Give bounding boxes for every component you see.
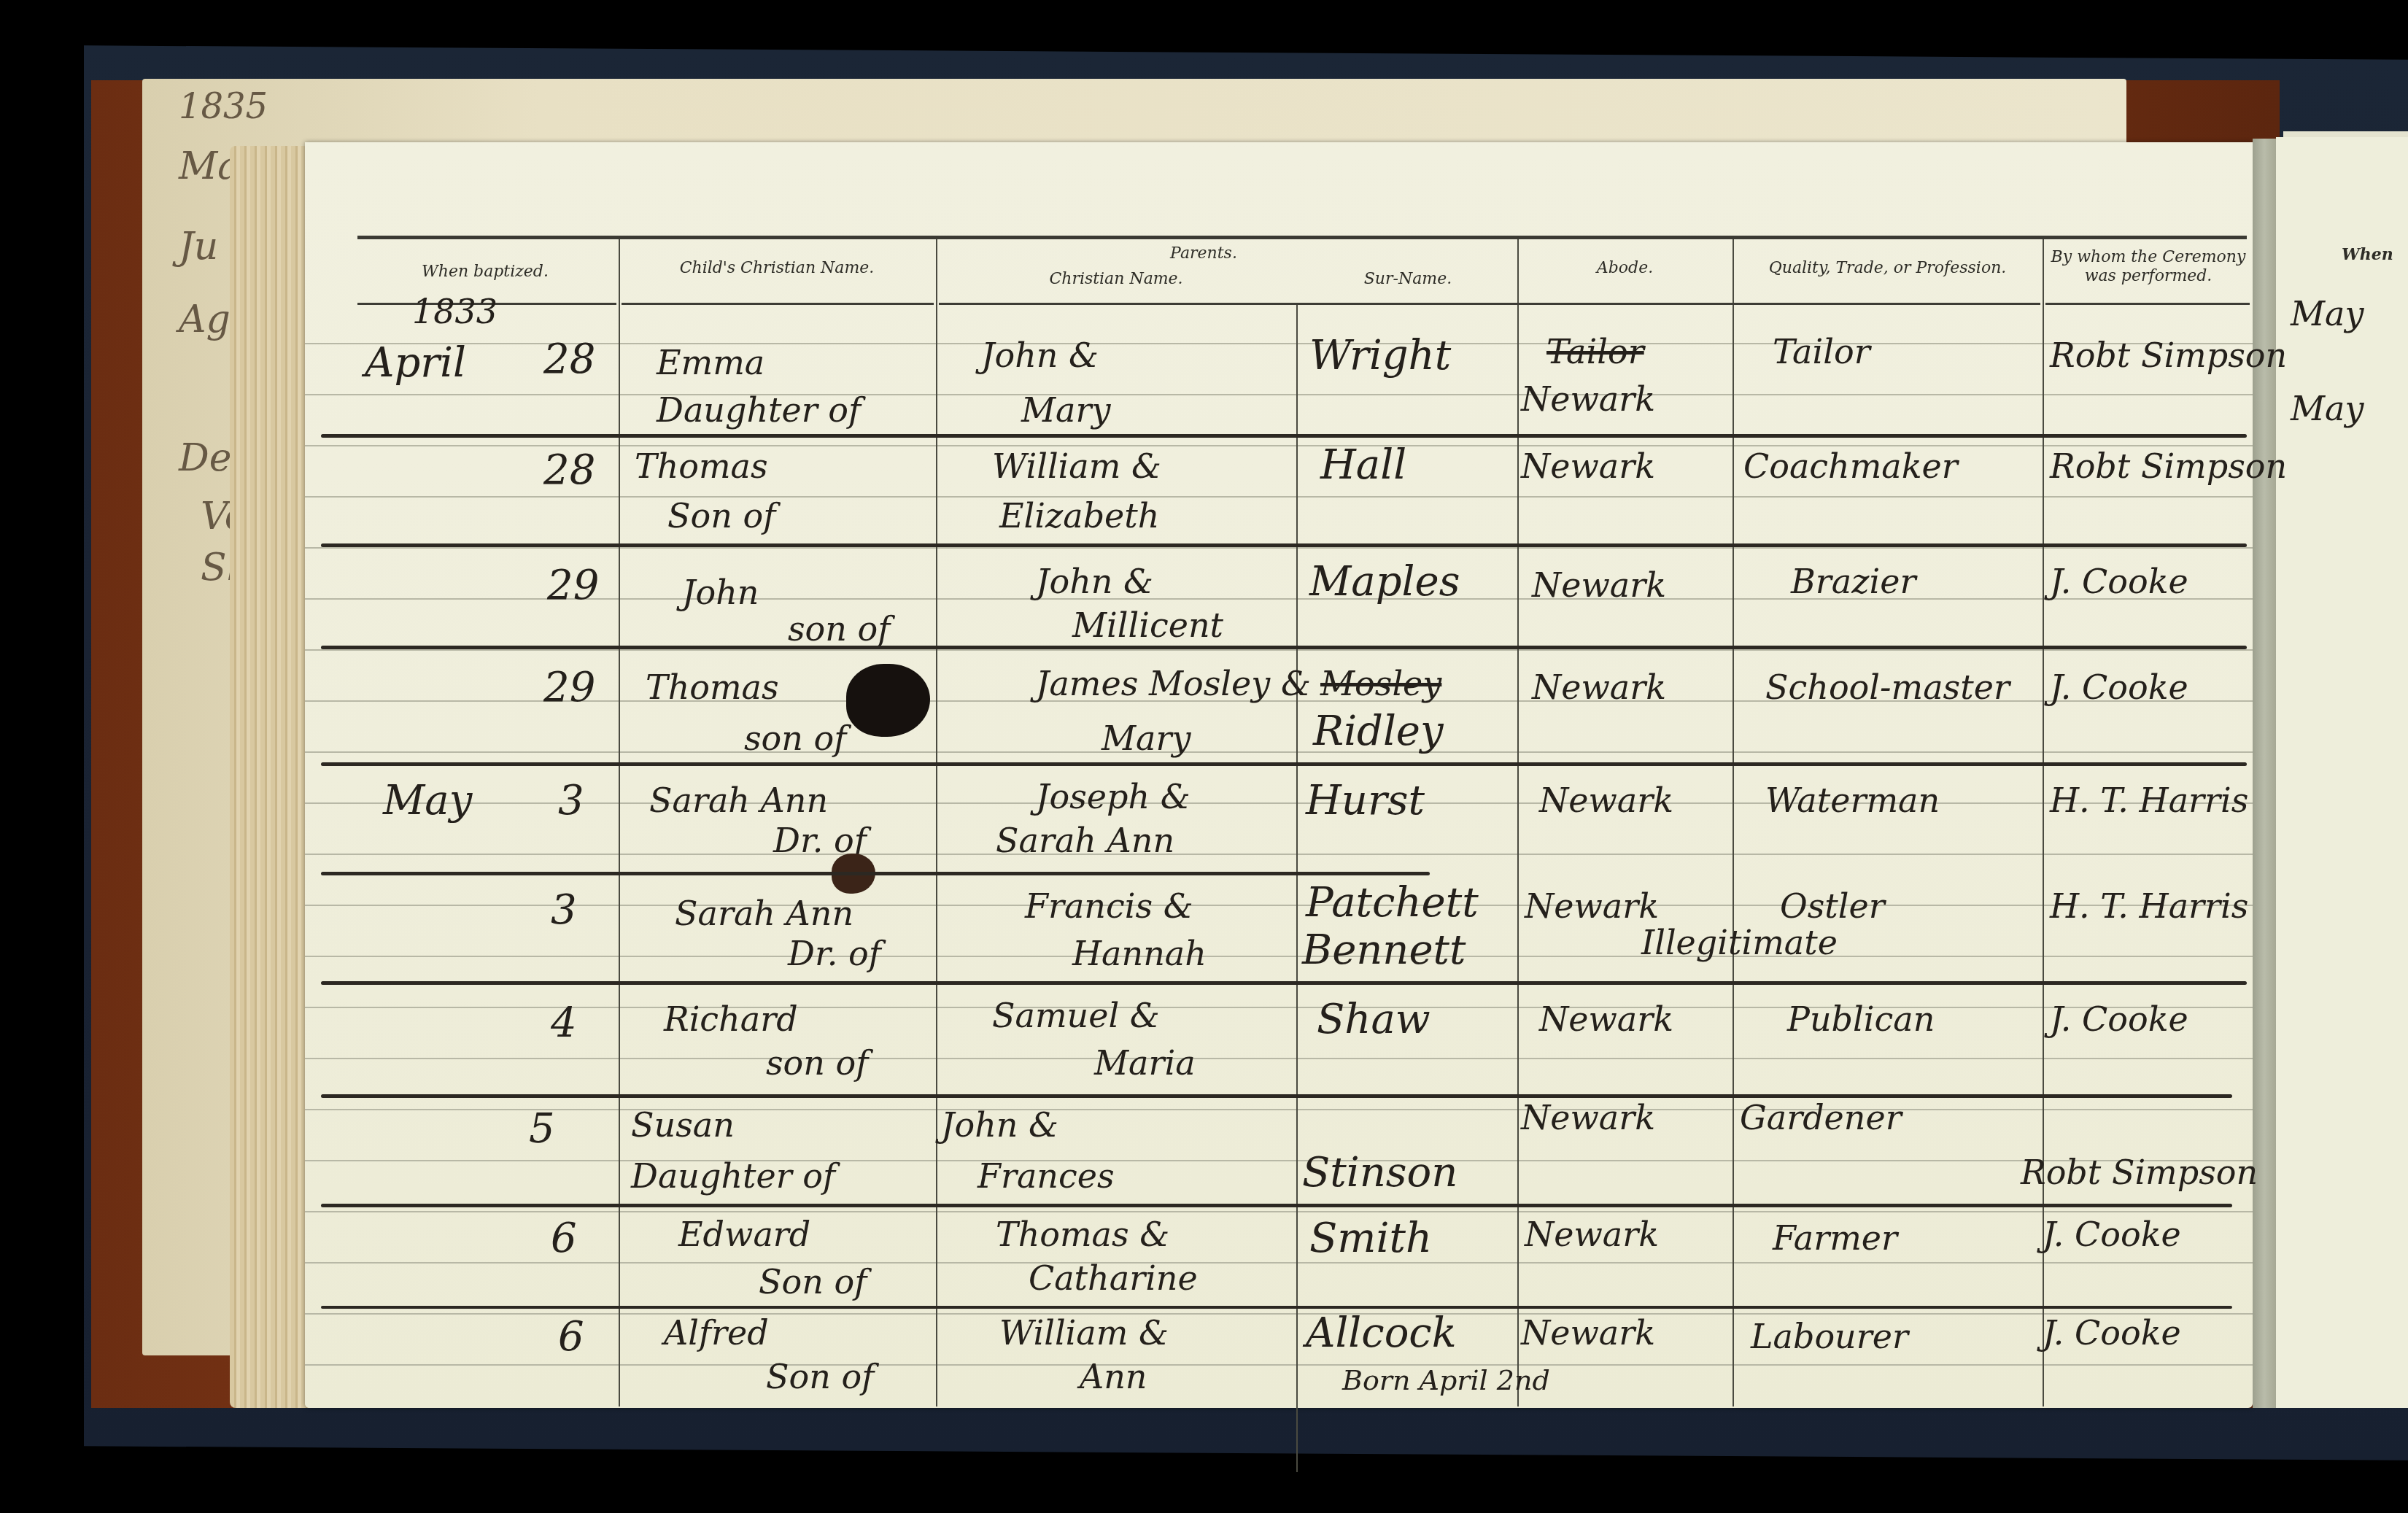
header-bottom-rule bbox=[622, 303, 934, 305]
ruled-line bbox=[305, 649, 2253, 651]
entry-note: Born April 2nd bbox=[1342, 1364, 1550, 1396]
ruled-line bbox=[305, 802, 2253, 804]
entry-profession: Brazier bbox=[1791, 562, 1916, 601]
entry-relation: Son of bbox=[766, 1357, 874, 1396]
entry-day: 29 bbox=[547, 562, 599, 609]
entry-separator bbox=[321, 1094, 2232, 1098]
underlying-year: 1835 bbox=[179, 86, 268, 127]
right-page-header: When bbox=[2342, 245, 2393, 264]
entry-parent2: Mary bbox=[1021, 390, 1111, 430]
entry-parent1: Joseph & bbox=[1036, 777, 1191, 816]
entry-day: 29 bbox=[543, 664, 595, 711]
entry-note: Illegitimate bbox=[1641, 923, 1838, 962]
entry-officiant: J. Cooke bbox=[2043, 1313, 2181, 1353]
ruled-line bbox=[305, 1364, 2253, 1366]
entry-officiant: J. Cooke bbox=[2050, 999, 2188, 1039]
register-year: 1833 bbox=[412, 292, 498, 331]
entry-surname: Hurst bbox=[1306, 777, 1425, 824]
underlying-fragment: Ju bbox=[179, 225, 218, 268]
column-divider bbox=[1733, 239, 1734, 1406]
header-bottom-rule bbox=[2045, 303, 2250, 305]
column-divider bbox=[1296, 305, 1298, 1472]
header-profession: Quality, Trade, or Profession. bbox=[1736, 259, 2039, 278]
entry-surname: Ridley bbox=[1313, 708, 1444, 755]
entry-parent2: Elizabeth bbox=[999, 496, 1159, 535]
entry-officiant: Robt Simpson bbox=[2050, 336, 2287, 375]
entry-day: 5 bbox=[529, 1105, 555, 1153]
entry-profession: Waterman bbox=[1765, 781, 1940, 820]
header-top-rule bbox=[357, 236, 2247, 239]
entry-child-name: John bbox=[682, 573, 759, 612]
entry-surname-2: Bennett bbox=[1302, 926, 1466, 974]
entry-parent2: Ann bbox=[1080, 1357, 1147, 1396]
entry-separator bbox=[321, 1306, 2232, 1309]
page-edges bbox=[230, 146, 310, 1408]
entry-officiant: Robt Simpson bbox=[2021, 1153, 2258, 1192]
right-page-entry: May bbox=[2291, 294, 2364, 333]
header-parents-christian-name: Christian Name. bbox=[941, 270, 1291, 289]
header-surname: Sur-Name. bbox=[1302, 270, 1514, 289]
entry-abode: Newark bbox=[1532, 667, 1666, 707]
ruled-line bbox=[305, 854, 2253, 855]
ruled-line bbox=[305, 905, 2253, 906]
entry-profession: Labourer bbox=[1751, 1317, 1908, 1356]
header-abode: Abode. bbox=[1521, 259, 1729, 278]
entry-parent2: Catharine bbox=[1029, 1258, 1198, 1298]
right-page-entry: May bbox=[2291, 389, 2364, 428]
entry-abode: Newark bbox=[1521, 1098, 1655, 1137]
entry-parent2: Mary bbox=[1102, 719, 1191, 758]
entry-parent2: Sarah Ann bbox=[996, 821, 1174, 860]
entry-child-name: Richard bbox=[664, 999, 798, 1039]
ruled-line bbox=[305, 1211, 2253, 1212]
entry-relation: son of bbox=[788, 609, 890, 649]
entry-relation: son of bbox=[744, 719, 846, 758]
entry-surname: Hall bbox=[1320, 441, 1406, 489]
ruled-line bbox=[305, 1007, 2253, 1008]
entry-parent1: Francis & bbox=[1025, 886, 1193, 926]
entry-profession: Farmer bbox=[1773, 1218, 1897, 1258]
entry-month: May bbox=[383, 777, 472, 824]
entry-surname: Patchett bbox=[1306, 879, 1479, 926]
ruled-line bbox=[305, 1109, 2253, 1110]
entry-parent1: John & bbox=[981, 336, 1099, 375]
entry-officiant: Robt Simpson bbox=[2050, 446, 2287, 486]
entry-abode-struck: Tailor bbox=[1546, 332, 1644, 371]
entry-child-name: Alfred bbox=[664, 1313, 769, 1353]
entry-abode: Newark bbox=[1521, 379, 1655, 419]
entry-parent2: Millicent bbox=[1072, 605, 1223, 645]
entry-surname-struck: Mosley bbox=[1320, 664, 1441, 703]
entry-surname: Maples bbox=[1309, 558, 1460, 605]
entry-relation: Son of bbox=[759, 1262, 867, 1301]
ruled-line bbox=[305, 1262, 2253, 1264]
entry-surname: Stinson bbox=[1302, 1149, 1457, 1196]
entry-profession: Gardener bbox=[1740, 1098, 1902, 1137]
entry-day: 28 bbox=[543, 336, 595, 383]
entry-profession: Publican bbox=[1787, 999, 1935, 1039]
entry-officiant: H. T. Harris bbox=[2050, 886, 2248, 926]
entry-parent1: James Mosley & bbox=[1036, 664, 1311, 703]
entry-abode: Newark bbox=[1525, 1215, 1659, 1254]
entry-relation: Daughter of bbox=[657, 390, 861, 430]
header-bottom-rule bbox=[939, 303, 2040, 305]
entry-relation: Dr. of bbox=[788, 934, 881, 973]
ruled-line bbox=[305, 1313, 2253, 1315]
entry-child-name: Edward bbox=[678, 1215, 810, 1254]
column-divider bbox=[936, 239, 937, 1406]
entry-parent1: William & bbox=[992, 446, 1161, 486]
entry-separator bbox=[321, 543, 2247, 547]
header-when-baptized: When baptized. bbox=[365, 263, 605, 282]
entry-child-name: Sarah Ann bbox=[649, 781, 828, 820]
entry-profession: Tailor bbox=[1773, 332, 1870, 371]
entry-parent1: William & bbox=[999, 1313, 1169, 1353]
underlying-fragment: De bbox=[179, 436, 231, 480]
ruled-line bbox=[305, 956, 2253, 957]
entry-day: 3 bbox=[551, 886, 577, 934]
column-divider bbox=[1517, 239, 1519, 1406]
entry-child-name: Thomas bbox=[635, 446, 768, 486]
entry-separator bbox=[321, 762, 2247, 766]
book-gutter bbox=[2253, 139, 2276, 1408]
entry-relation: Son of bbox=[667, 496, 775, 535]
column-divider bbox=[619, 239, 620, 1406]
register-page bbox=[305, 142, 2253, 1408]
ruled-line bbox=[305, 343, 2253, 344]
entry-profession: Ostler bbox=[1780, 886, 1885, 926]
entry-profession: School-master bbox=[1765, 667, 2010, 707]
header-parents: Parents. bbox=[1131, 244, 1277, 263]
entry-child-name: Susan bbox=[631, 1105, 735, 1145]
entry-parent1: Samuel & bbox=[992, 996, 1160, 1035]
entry-surname: Allcock bbox=[1306, 1309, 1457, 1357]
header-ceremony-performed-by: By whom the Ceremony was performed. bbox=[2046, 248, 2250, 286]
entry-parent1: John & bbox=[941, 1105, 1058, 1145]
entry-day: 3 bbox=[558, 777, 584, 824]
entry-day: 6 bbox=[558, 1313, 584, 1361]
entry-separator bbox=[321, 646, 2247, 649]
underlying-fragment: Ag bbox=[179, 298, 231, 341]
ruled-line bbox=[305, 547, 2253, 549]
right-page-fragment: When May May bbox=[2276, 137, 2408, 1408]
entry-abode: Newark bbox=[1532, 565, 1666, 605]
ruled-line bbox=[305, 1160, 2253, 1161]
entry-child-name: Emma bbox=[657, 343, 764, 382]
entry-officiant: J. Cooke bbox=[2050, 562, 2188, 601]
entry-abode: Newark bbox=[1521, 1313, 1655, 1353]
entry-surname: Shaw bbox=[1317, 996, 1431, 1043]
entry-parent1: Thomas & bbox=[996, 1215, 1169, 1254]
entry-separator bbox=[321, 1204, 2232, 1207]
ruled-line bbox=[305, 751, 2253, 753]
entry-officiant: H. T. Harris bbox=[2050, 781, 2248, 820]
ruled-line bbox=[305, 394, 2253, 395]
entry-abode: Newark bbox=[1521, 446, 1655, 486]
ruled-line bbox=[305, 496, 2253, 498]
entry-separator bbox=[321, 981, 2247, 985]
entry-day: 4 bbox=[551, 999, 577, 1047]
entry-parent1: John & bbox=[1036, 562, 1153, 601]
entry-child-name: Sarah Ann bbox=[675, 894, 853, 933]
entry-month: April bbox=[365, 339, 466, 387]
entry-profession: Coachmaker bbox=[1743, 446, 1958, 486]
entry-abode: Newark bbox=[1525, 886, 1659, 926]
entry-separator bbox=[321, 872, 1430, 875]
entry-day: 6 bbox=[551, 1215, 577, 1262]
ruled-line bbox=[305, 445, 2253, 446]
entry-parent2: Hannah bbox=[1072, 934, 1207, 973]
entry-relation: son of bbox=[766, 1043, 868, 1083]
entry-abode: Newark bbox=[1539, 999, 1673, 1039]
entry-parent2: Maria bbox=[1094, 1043, 1196, 1083]
entry-surname: Wright bbox=[1309, 332, 1451, 379]
entry-parent2: Frances bbox=[977, 1156, 1115, 1196]
header-childs-name: Child's Christian Name. bbox=[627, 259, 926, 278]
entry-separator bbox=[321, 434, 2247, 438]
entry-relation: Daughter of bbox=[631, 1156, 835, 1196]
entry-child-name: Thomas bbox=[646, 667, 779, 707]
entry-officiant: J. Cooke bbox=[2043, 1215, 2181, 1254]
entry-surname: Smith bbox=[1309, 1215, 1432, 1262]
entry-abode: Newark bbox=[1539, 781, 1673, 820]
entry-day: 28 bbox=[543, 446, 595, 494]
entry-officiant: J. Cooke bbox=[2050, 667, 2188, 707]
ruled-line bbox=[305, 1058, 2253, 1059]
